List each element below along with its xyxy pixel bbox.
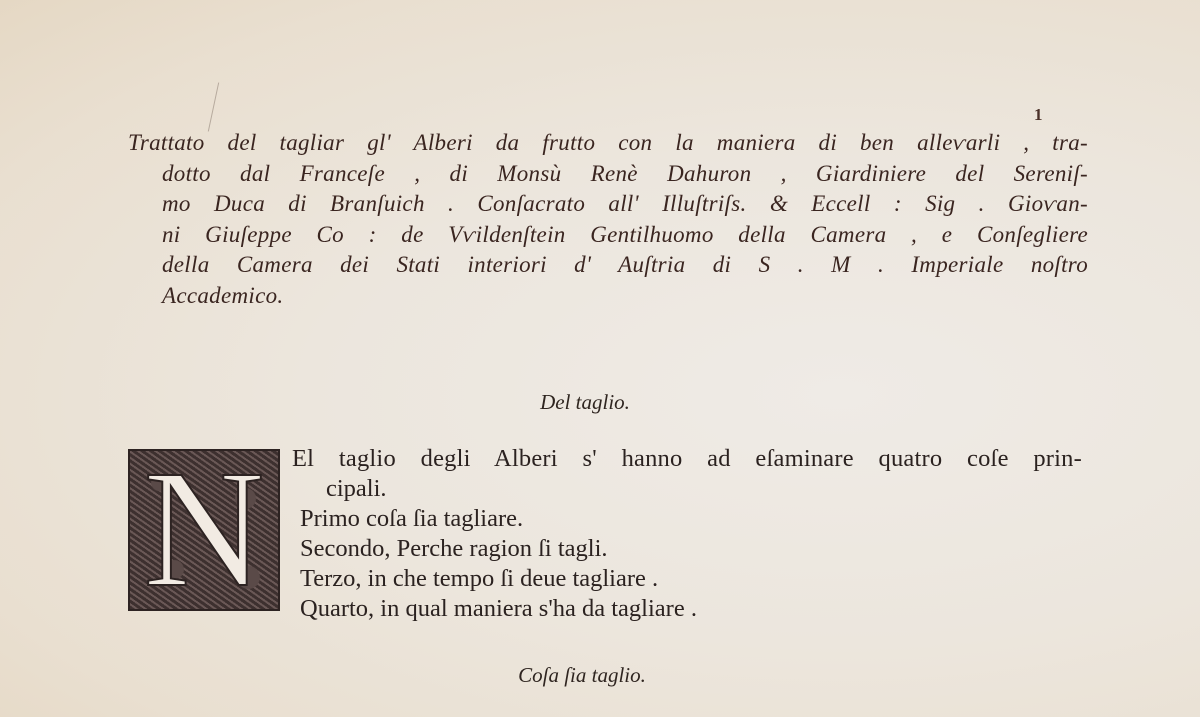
treatise-title-block: Trattato del tagliar gl' Alberi da frutt… xyxy=(128,128,1088,311)
list-item-third: Terzo, in che tempo ſi deue tagliare . xyxy=(292,564,1082,594)
body-line: El taglio degli Alberi s' hanno ad eſami… xyxy=(292,444,1082,474)
decorated-initial-n: N xyxy=(128,449,280,611)
title-line: ni Giuſeppe Co : de Vѵildenſtein Gentilh… xyxy=(128,220,1088,251)
section-heading-cosa-sia-taglio: Coſa ſia taglio. xyxy=(0,663,1182,688)
book-page: 1 Trattato del tagliar gl' Alberi da fru… xyxy=(0,0,1200,717)
list-item-fourth: Quarto, in qual maniera s'ha da tagliare… xyxy=(292,594,1082,624)
page-number: 1 xyxy=(1034,105,1043,125)
section-heading-del-taglio: Del taglio. xyxy=(0,390,1185,415)
title-line: Accademico. xyxy=(128,281,1088,312)
section-body: El taglio degli Alberi s' hanno ad eſami… xyxy=(292,444,1082,624)
paper-scratch-mark xyxy=(208,82,219,131)
title-line: dotto dal Franceſe , di Monsù Renè Dahur… xyxy=(128,159,1088,190)
title-line: mo Duca di Branſuich . Conſacrato all' I… xyxy=(128,189,1088,220)
list-item-second: Secondo, Perche ragion ſi tagli. xyxy=(292,534,1082,564)
title-line: della Camera dei Stati interiori d' Auſt… xyxy=(128,250,1088,281)
body-line: cipali. xyxy=(292,474,1082,504)
drop-cap-letter: N xyxy=(130,449,278,611)
title-line: Trattato del tagliar gl' Alberi da frutt… xyxy=(128,128,1088,159)
list-item-first: Primo coſa ſia tagliare. xyxy=(292,504,1082,534)
